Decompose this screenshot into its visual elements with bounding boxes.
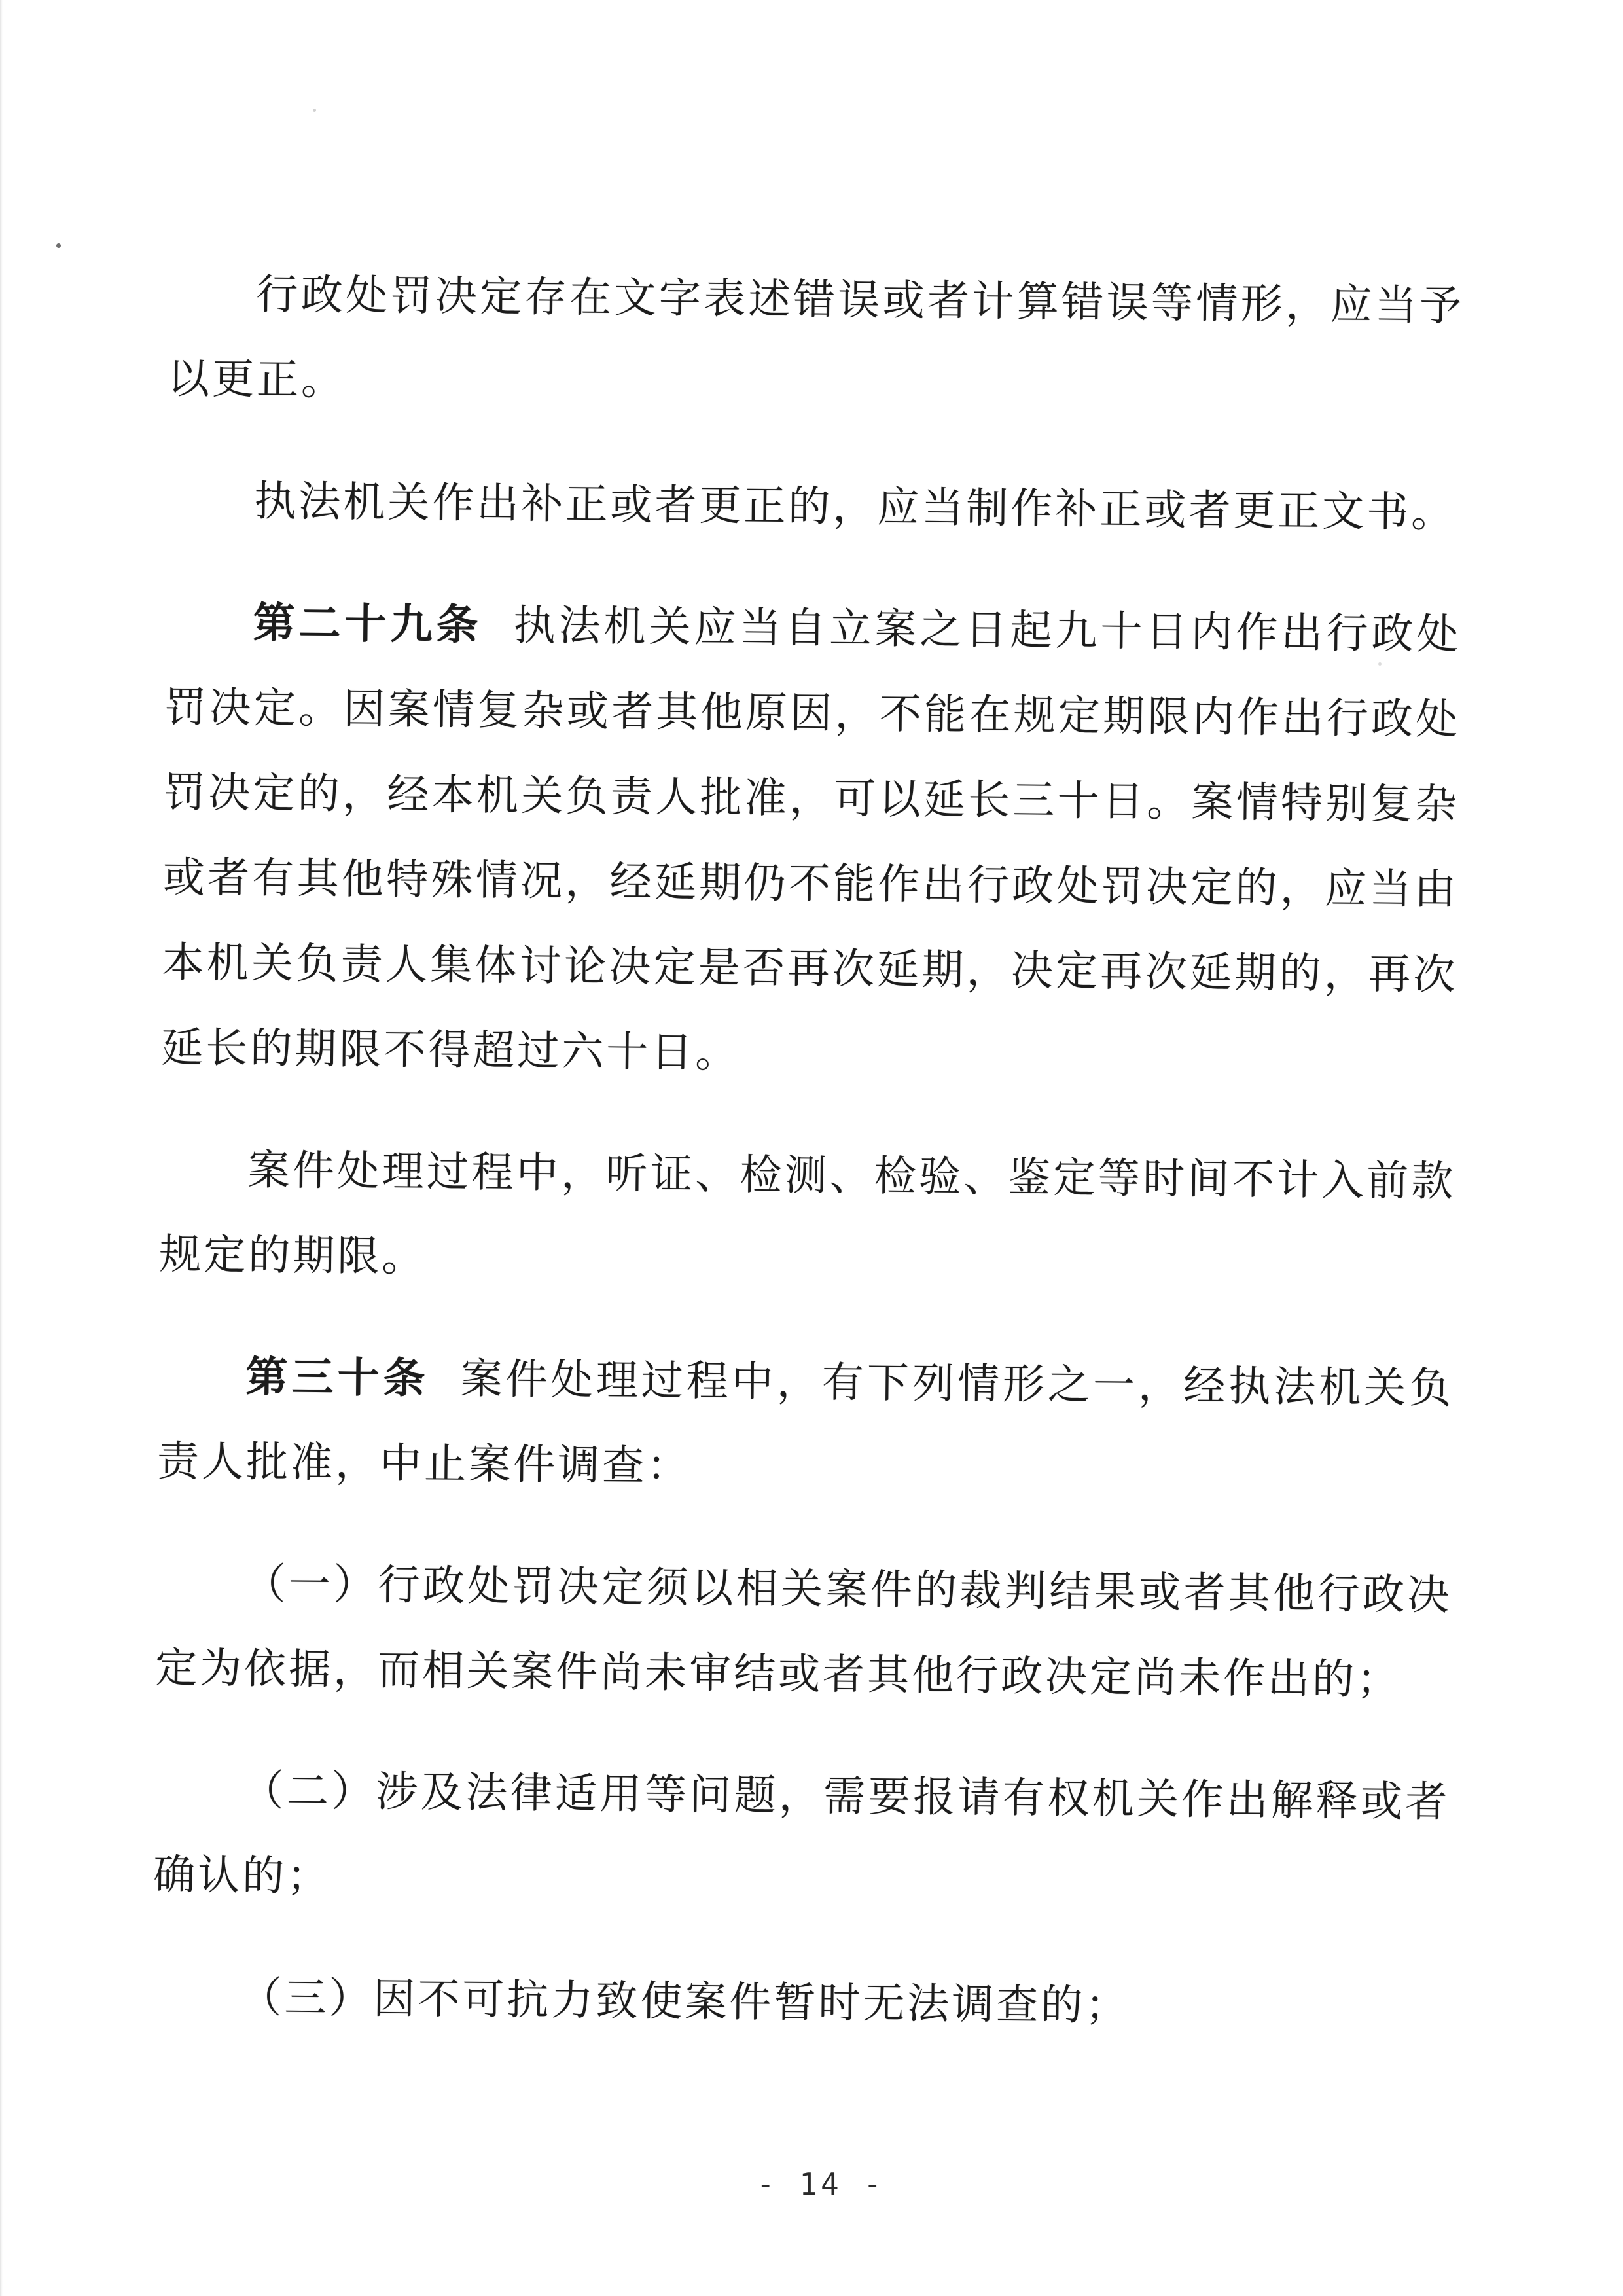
paragraph-text: （一）行政处罚决定须以相关案件的裁判结果或者其他行政决定为依据，而相关案件尚未审… [155,1560,1452,1704]
page-number: - 14 - [9,2166,1623,2202]
paragraph-text: 执法机关作出补正或者更正的，应当制作补正或者更正文书。 [254,477,1456,537]
paragraph-excluded-time: 案件处理过程中，听证、检测、检验、鉴定等时间不计入前款规定的期限。 [159,1127,1456,1310]
paragraph-text: （二）涉及法律适用等问题，需要报请有权机关作出解释或者确认的； [153,1767,1450,1901]
scan-speck [56,243,61,248]
paragraph-correction-cases: 行政处罚决定存在文字表述错误或者计算错误等情形，应当予以更正。 [168,251,1465,434]
paragraph-article-29: 第二十九条执法机关应当自立案之日起九十日内作出行政处罚决定。因案情复杂或者其他原… [161,580,1461,1103]
paragraph-correction-instrument: 执法机关作出补正或者更正的，应当制作补正或者更正文书。 [166,458,1463,556]
paragraph-text: 执法机关应当自立案之日起九十日内作出行政处罚决定。因案情复杂或者其他原因，不能在… [161,601,1461,1077]
document-body: 行政处罚决定存在文字表述错误或者计算错误等情形，应当予以更正。 执法机关作出补正… [152,251,1465,2052]
list-item-1: （一）行政处罚决定须以相关案件的裁判结果或者其他行政决定为依据，而相关案件尚未审… [155,1541,1452,1723]
list-item-2: （二）涉及法律适用等问题，需要报请有权机关作出解释或者确认的； [153,1748,1450,1930]
paragraph-text: 行政处罚决定存在文字表述错误或者计算错误等情形，应当予以更正。 [168,270,1465,404]
list-item-3: （三）因不可抗力致使案件暂时无法调查的； [152,1954,1448,2052]
scan-speck [313,109,316,112]
paragraph-article-30: 第三十条案件处理过程中，有下列情形之一，经执法机关负责人批准，中止案件调查： [157,1334,1454,1516]
scan-edge-shadow [0,0,3,2296]
paragraph-text: （三）因不可抗力致使案件暂时无法调查的； [240,1973,1130,2030]
paragraph-text: 案件处理过程中，听证、检测、检验、鉴定等时间不计入前款规定的期限。 [159,1146,1456,1282]
article-29-number: 第二十九条 [253,599,482,649]
article-30-number: 第三十条 [245,1353,429,1403]
scanned-document-page: 行政处罚决定存在文字表述错误或者计算错误等情形，应当予以更正。 执法机关作出补正… [0,0,1623,2296]
